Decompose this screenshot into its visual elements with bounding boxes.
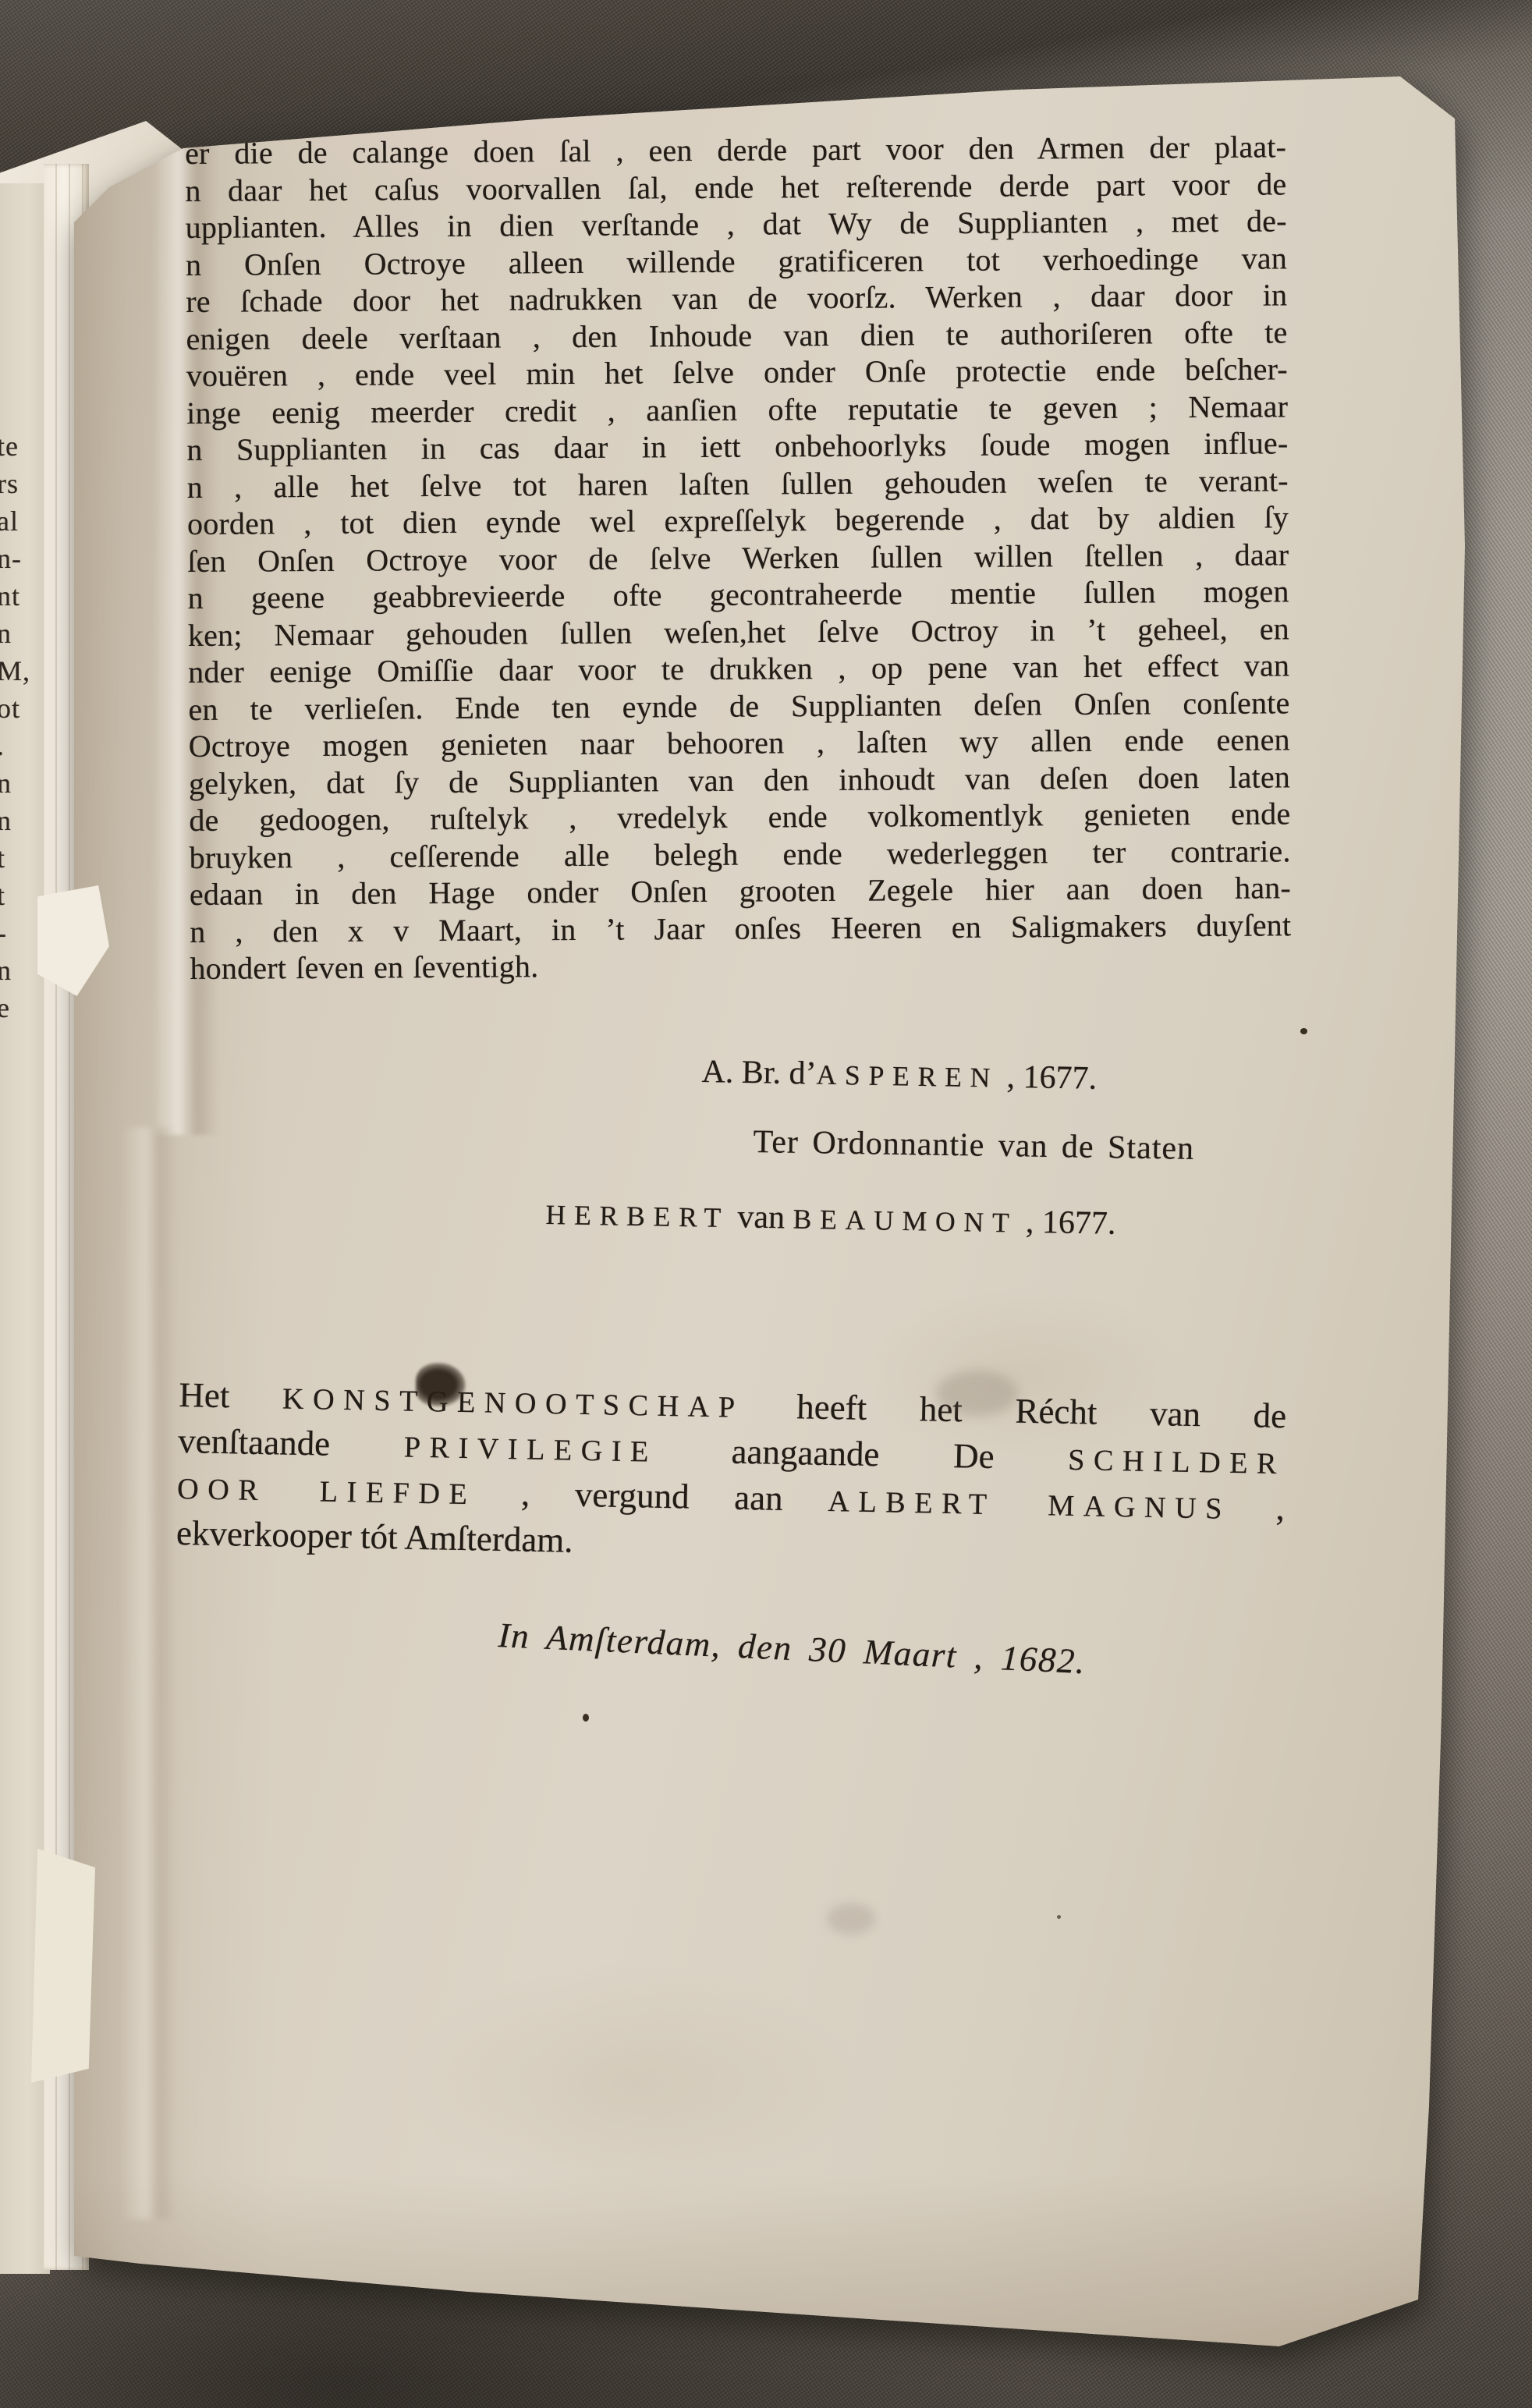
text-segment: ekverkooper tót Amſterdam. <box>176 1513 573 1560</box>
body-line: de gedoogen, ruſtelyk , vredelyk ende vo… <box>189 795 1290 839</box>
ink-speck <box>583 1714 589 1722</box>
body-line: vouëren , ende veel min het ſelve onder … <box>186 350 1288 394</box>
body-line: bruyken , ceſſerende alle belegh ende we… <box>190 832 1291 876</box>
signature-beaumont: Herbert van Beaumont , 1677. <box>545 1195 1116 1243</box>
ink-speck <box>1300 1028 1307 1034</box>
page-crease-lower <box>121 1127 176 2219</box>
body-line: ken; Nemaar gehouden ſullen weſen,het ſe… <box>188 610 1289 654</box>
body-line: gelyken, dat ſy de Supplianten van den i… <box>189 758 1290 802</box>
ink-speck <box>1057 1915 1061 1919</box>
text-segment: A. Br. d’ <box>701 1054 817 1092</box>
body-line: inge eenig meerder credit , aanſien ofte… <box>186 388 1288 431</box>
text-segment: , vergund aan <box>476 1473 828 1519</box>
signature-ordonnantie: Ter Ordonnantie van de Staten <box>753 1123 1194 1168</box>
privilege-note: Het Konstgenootschap heeft het Récht van… <box>176 1373 1287 1576</box>
body-line: enigen deele verſtaan , den Inhoude van … <box>186 314 1287 357</box>
body-line: upplianten. Alles in dien verſtande , da… <box>186 202 1287 246</box>
text-segment: In Amſterdam, den 30 Maart , 1682. <box>498 1615 1087 1681</box>
book-page: er die de calange doen ſal , een derde p… <box>74 74 1470 2356</box>
text-segment: venſtaande <box>178 1421 405 1465</box>
text-segment: , <box>1231 1488 1286 1527</box>
text-segment: Beaumont <box>793 1204 1018 1239</box>
body-line: hondert ſeven en ſeventigh. <box>190 943 1291 987</box>
text-segment: oor Liefde <box>177 1473 477 1511</box>
body-line: ſen Onſen Octroye voor de ſelve Werken ſ… <box>187 536 1289 580</box>
body-line: n , alle het ſelve tot haren laſten ſull… <box>187 462 1289 505</box>
body-line: n , den x v Maart, in ’t Jaar onſes Heer… <box>190 906 1291 950</box>
text-segment: Konstgenootschap <box>282 1383 744 1424</box>
text-segment: , 1677. <box>1017 1204 1116 1242</box>
body-line: edaan in den Hage onder Onſen grooten Ze… <box>190 869 1291 913</box>
text-segment: Herbert <box>545 1199 729 1233</box>
text-segment: Albert Magnus <box>828 1485 1231 1526</box>
text-segment: Schilder <box>1068 1444 1286 1481</box>
colophon-date: In Amſterdam, den 30 Maart , 1682. <box>498 1615 1087 1682</box>
body-line: n daar het caſus voorvallen ſal, ende he… <box>185 165 1286 209</box>
ink-blot <box>416 1363 466 1406</box>
body-line: n Supplianten in cas daar in iett onbeho… <box>186 424 1288 468</box>
stain-smudge <box>827 1903 875 1935</box>
stain-smudge <box>936 1371 1018 1416</box>
body-line: en te verlieſen. Ende ten eynde de Suppl… <box>188 684 1289 728</box>
body-line: Octroye mogen genieten naar behooren , l… <box>189 721 1290 764</box>
body-line: er die de calange doen ſal , een derde p… <box>185 128 1286 172</box>
signature-asperen: A. Br. d’Asperen , 1677. <box>701 1053 1097 1098</box>
text-segment: Ter Ordonnantie van de Staten <box>753 1124 1194 1167</box>
text-segment: Het <box>179 1375 283 1417</box>
book: er die de calange doen ſal , een derde p… <box>0 0 1532 2408</box>
text-segment: Asperen <box>816 1059 998 1094</box>
text-segment: Privilegie <box>403 1431 658 1469</box>
body-line: n Onſen Octroye alleen willende gratific… <box>186 239 1287 283</box>
text-segment: , 1677. <box>998 1059 1098 1097</box>
body-line: oorden , tot dien eynde wel expreſſelyk … <box>187 498 1289 542</box>
octroy-body-text: er die de calange doen ſal , een derde p… <box>185 128 1292 987</box>
body-line: re ſchade door het nadrukken van de voor… <box>186 276 1287 320</box>
body-line: nder eenige Omiſſie daar voor te drukken… <box>188 647 1289 690</box>
text-segment: van <box>729 1199 793 1236</box>
body-line: n geene geabbrevieerde ofte gecontraheer… <box>187 573 1289 616</box>
text-segment: aangaande De <box>657 1431 1068 1477</box>
torn-paper-chip <box>31 1849 95 2083</box>
